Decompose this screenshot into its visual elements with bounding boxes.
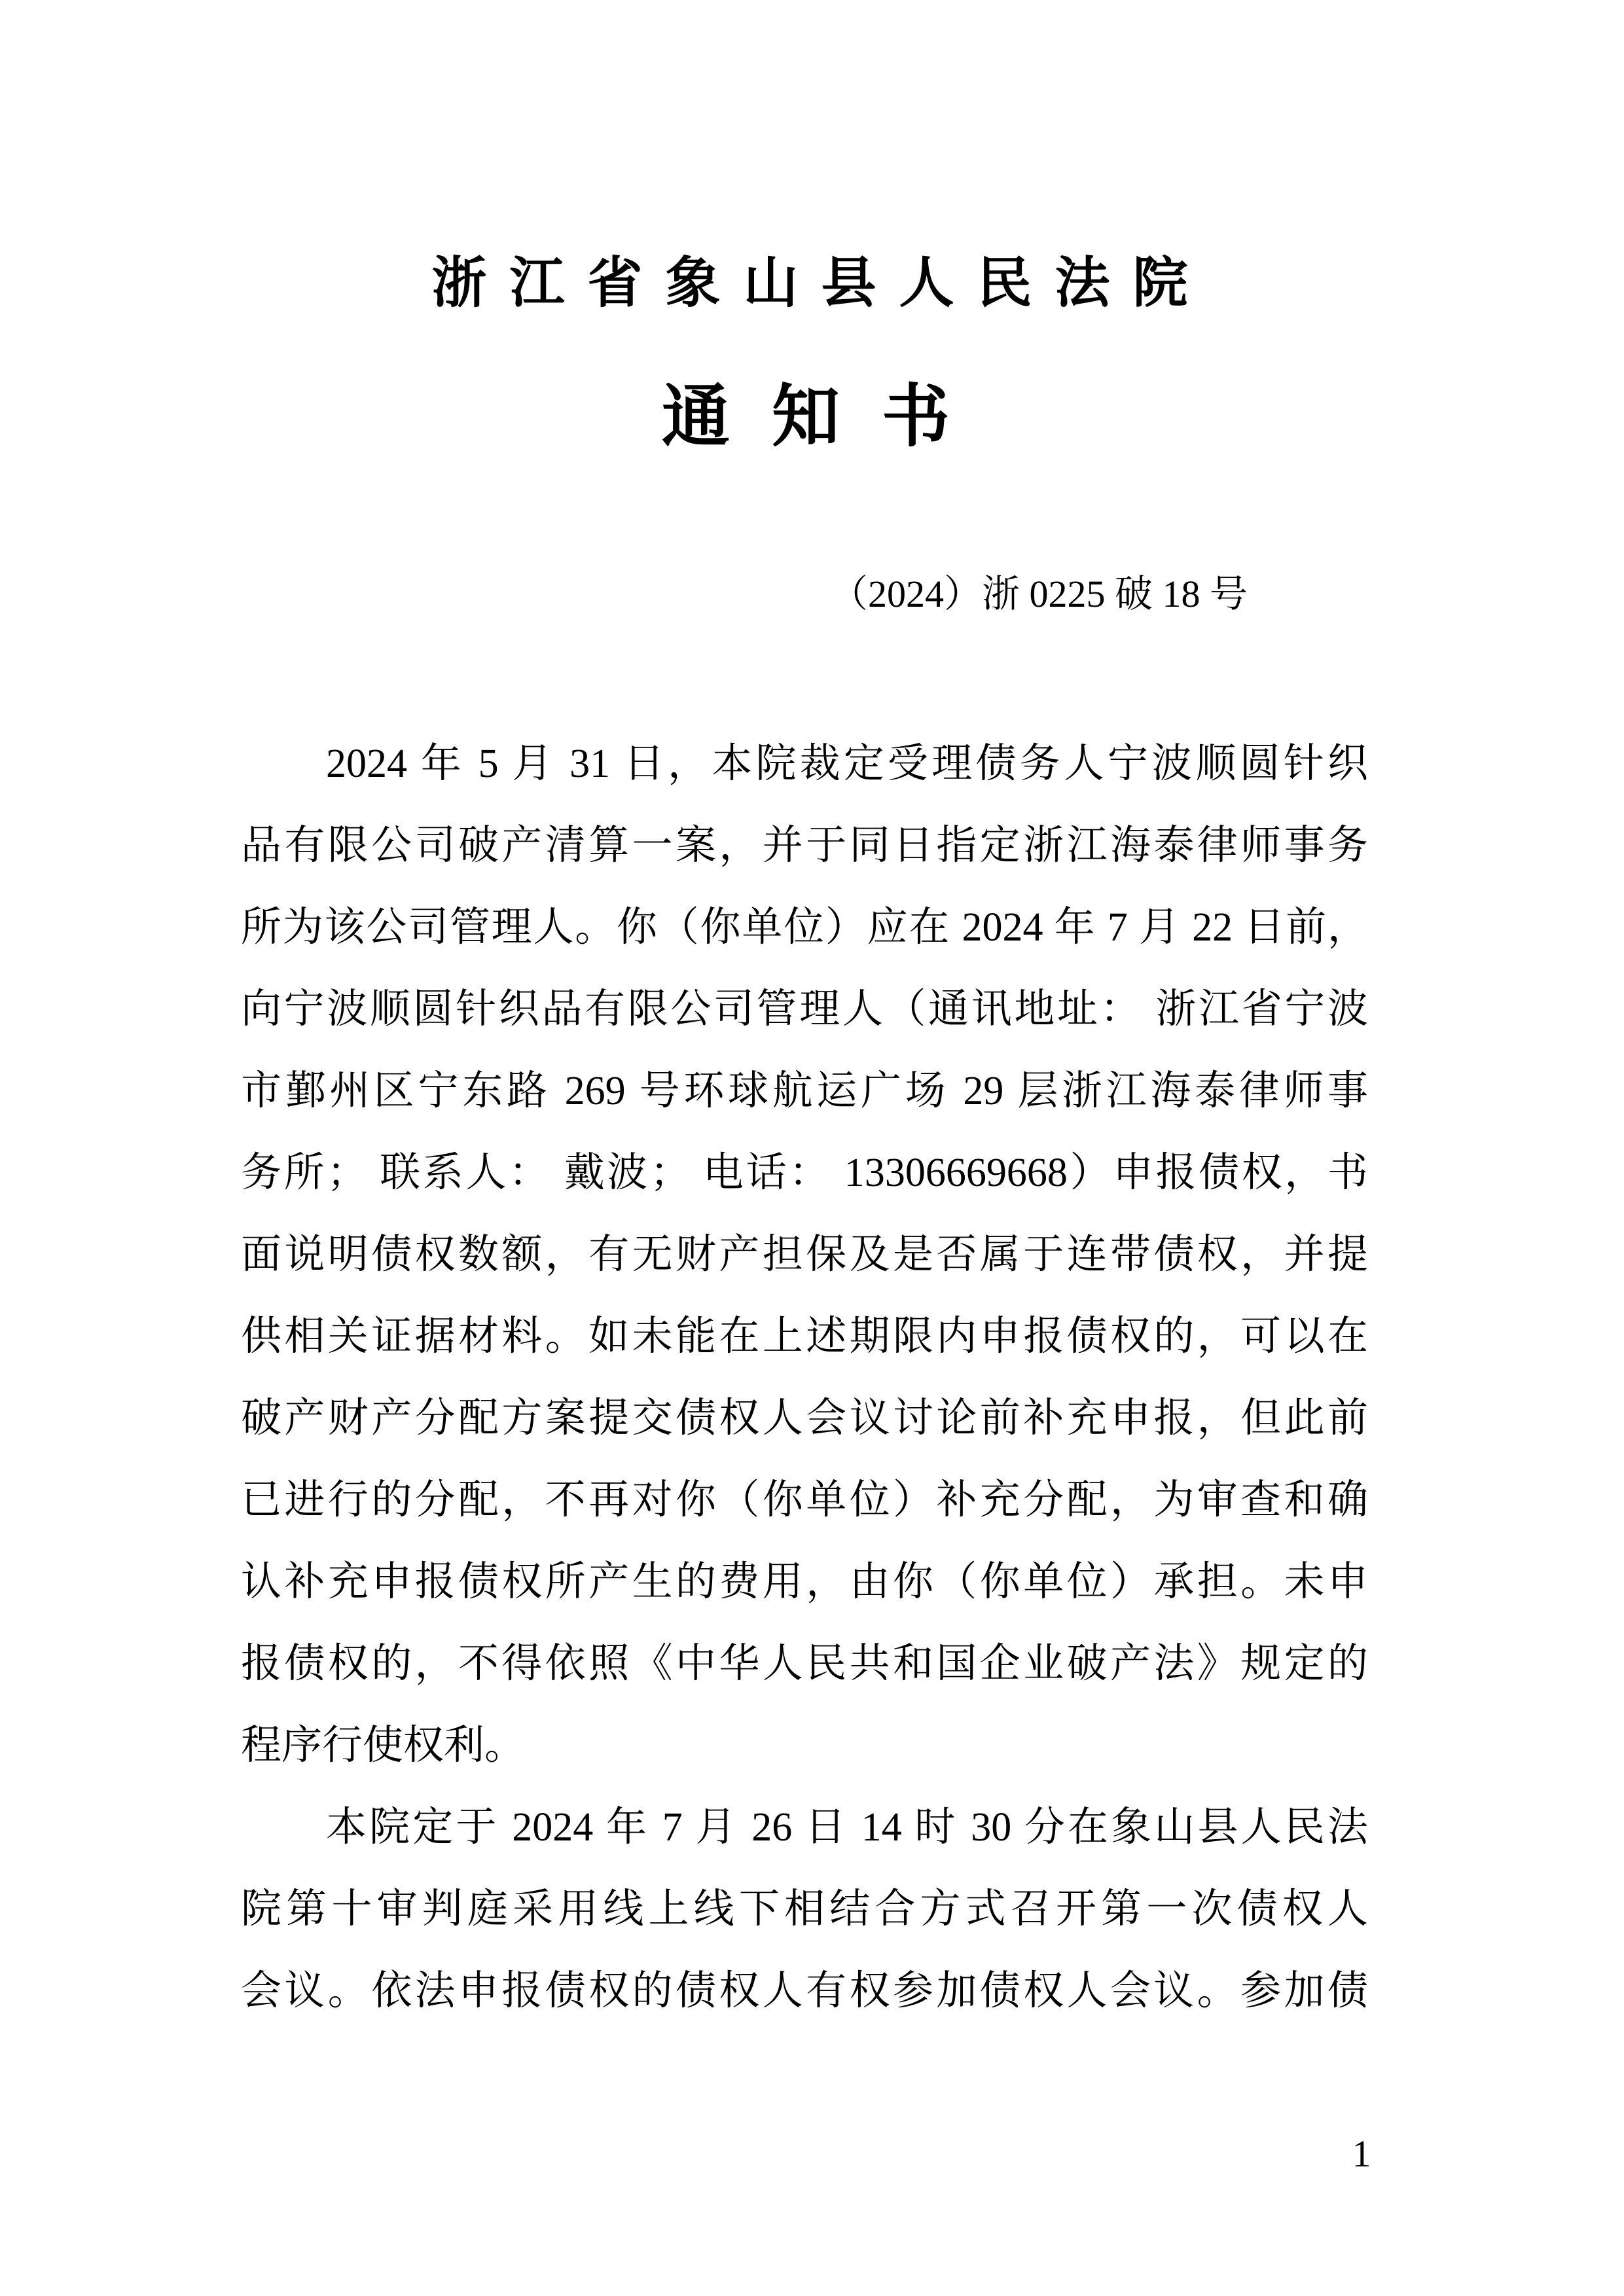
body-line: 报债权的，不得依照《中华人民共和国企业破产法》规定的 xyxy=(241,1623,1368,1705)
body-line: 品有限公司破产清算一案，并于同日指定浙江海泰律师事务 xyxy=(241,805,1368,887)
body-line: 本院定于 2024 年 7 月 26 日 14 时 30 分在象山县人民法 xyxy=(241,1787,1368,1869)
body-line: 供相关证据材料。如未能在上述期限内申报债权的，可以在 xyxy=(241,1296,1368,1378)
body-line: 务所； 联系人： 戴波； 电话： 13306669668）申报债权，书 xyxy=(241,1132,1368,1214)
body-line: 破产财产分配方案提交债权人会议讨论前补充申报，但此前 xyxy=(241,1378,1368,1460)
case-number: （2024）浙 0225 破 18 号 xyxy=(830,568,1248,620)
body-line: 院第十审判庭采用线上线下相结合方式召开第一次债权人 xyxy=(241,1869,1368,1950)
body-line: 面说明债权数额，有无财产担保及是否属于连带债权，并提 xyxy=(241,1214,1368,1296)
body-line: 程序行使权利。 xyxy=(241,1705,1368,1787)
body-line: 市鄞州区宁东路 269 号环球航运广场 29 层浙江海泰律师事 xyxy=(241,1050,1368,1132)
court-notice-page: 浙 江 省 象 山 县 人 民 法 院 通 知 书 （2024）浙 0225 破… xyxy=(0,0,1624,2296)
court-name-heading: 浙 江 省 象 山 县 人 民 法 院 xyxy=(0,247,1624,321)
body-line: 会议。依法申报债权的债权人有权参加债权人会议。参加债 xyxy=(241,1950,1368,2032)
page-number: 1 xyxy=(1329,2132,1394,2176)
notice-body: 2024 年 5 月 31 日，本院裁定受理债务人宁波顺圆针织 品有限公司破产清… xyxy=(241,723,1368,2032)
body-line: 所为该公司管理人。你（你单位）应在 2024 年 7 月 22 日前， xyxy=(241,887,1368,969)
body-line: 向宁波顺圆针织品有限公司管理人（通讯地址： 浙江省宁波 xyxy=(241,969,1368,1050)
body-line: 2024 年 5 月 31 日，本院裁定受理债务人宁波顺圆针织 xyxy=(241,723,1368,805)
body-line: 认补充申报债权所产生的费用，由你（你单位）承担。未申 xyxy=(241,1541,1368,1623)
document-title: 通 知 书 xyxy=(0,372,1624,463)
body-line: 已进行的分配，不再对你（你单位）补充分配，为审查和确 xyxy=(241,1460,1368,1541)
